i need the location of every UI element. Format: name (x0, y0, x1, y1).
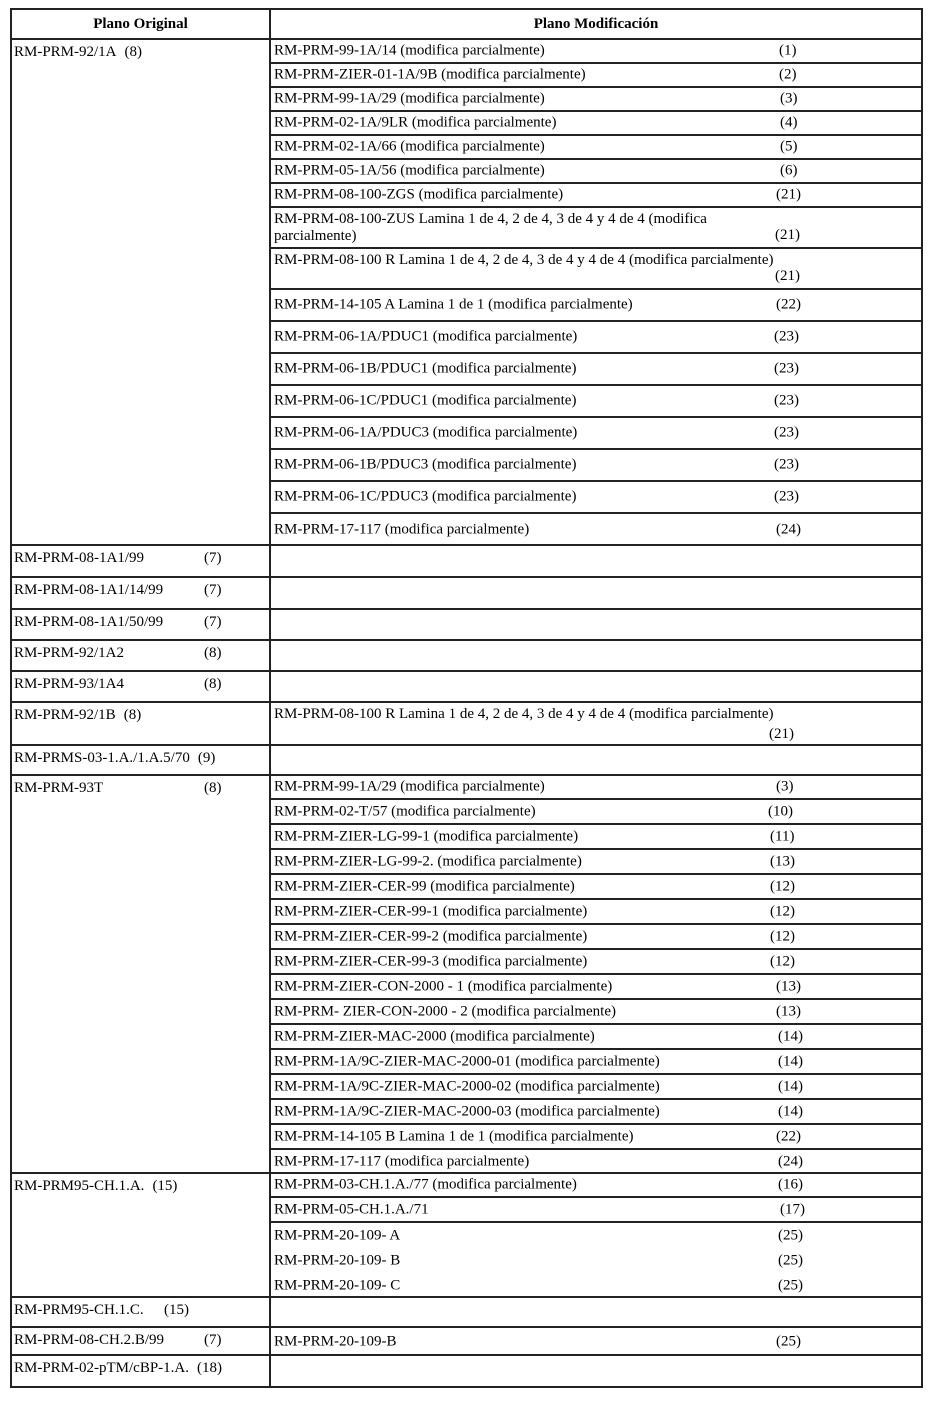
modification-plan-item: RM-PRM-08-100 R Lamina 1 de 4, 2 de 4, 3… (271, 249, 921, 290)
modification-plan-text: RM-PRM-14-105 A Lamina 1 de 1 (modifica … (274, 297, 633, 314)
modification-plans-cell: RM-PRM-03-CH.1.A./77 (modifica parcialme… (271, 1174, 921, 1296)
modification-plan-text: RM-PRM-99-1A/14 (modifica parcialmente) (274, 43, 545, 60)
modification-plan-item: RM-PRM-ZIER-LG-99-1 (modifica parcialmen… (271, 825, 921, 850)
table-row: RM-PRM-08-1A1/14/99(7) (10, 578, 923, 610)
modification-plan-ref: (5) (780, 139, 798, 156)
table-row: RM-PRM-02-pTM/cBP-1.A.(18) (10, 1356, 923, 1388)
modification-plan-ref: (12) (770, 953, 795, 970)
modification-plan-item: RM-PRM-06-1A/PDUC3 (modifica parcialment… (271, 418, 921, 450)
modification-plan-item: RM-PRM- ZIER-CON-2000 - 2 (modifica parc… (271, 1000, 921, 1025)
modification-plan-item: RM-PRM-20-109- A(25) (271, 1223, 921, 1248)
modification-plan-text: RM-PRM-ZIER-CON-2000 - 1 (modifica parci… (274, 978, 612, 995)
original-plan-ref: (8) (125, 44, 143, 60)
original-plan-ref: (8) (124, 707, 142, 723)
modification-plan-item: RM-PRM-17-117 (modifica parcialmente)(24… (271, 1150, 921, 1174)
modification-plan-text: RM-PRM-14-105 B Lamina 1 de 1 (modifica … (274, 1128, 634, 1145)
modification-plan-text: RM-PRM-06-1C/PDUC3 (modifica parcialment… (274, 489, 576, 506)
modification-plans-cell (271, 672, 921, 701)
modification-plan-item: RM-PRM-08-100 R Lamina 1 de 4, 2 de 4, 3… (271, 703, 921, 746)
modification-plan-ref: (1) (779, 43, 797, 60)
modification-plan-item: RM-PRM-02-T/57 (modifica parcialmente)(1… (271, 800, 921, 825)
modification-plan-ref: (23) (774, 329, 799, 346)
original-plan-code-text: RM-PRM-92/1B (14, 707, 116, 723)
modification-plan-ref: (14) (778, 1028, 803, 1045)
modification-plan-ref: (23) (774, 425, 799, 442)
original-plan-code-text: RM-PRMS-03-1.A./1.A.5/70 (14, 750, 190, 766)
plans-table: Plano Original Plano Modificación RM-PRM… (10, 8, 923, 1388)
modification-plan-text: RM-PRM-ZIER-CER-99 (modifica parcialment… (274, 878, 575, 895)
modification-plan-item: RM-PRM-08-100-ZGS (modifica parcialmente… (271, 184, 921, 208)
table-row: RM-PRM-93T(8)RM-PRM-99-1A/29 (modifica p… (10, 776, 923, 1174)
original-plan-code: RM-PRMS-03-1.A./1.A.5/70(9) (14, 750, 215, 767)
modification-plan-item: RM-PRM-ZIER-01-1A/9B (modifica parcialme… (271, 64, 921, 88)
original-plan-code: RM-PRM-08-1A1/50/99(7) (14, 614, 163, 631)
modification-plans-cell (271, 546, 921, 576)
modification-plan-ref: (24) (776, 522, 801, 539)
modification-plan-ref: (21) (775, 227, 800, 244)
original-plan-code: RM-PRM-92/1A2(8) (14, 645, 124, 662)
modification-plan-ref: (2) (779, 67, 797, 84)
table-row: RM-PRM-08-1A1/99(7) (10, 546, 923, 578)
original-plan-cell: RM-PRM-02-pTM/cBP-1.A.(18) (12, 1356, 271, 1386)
table-row: RM-PRM-92/1A(8)RM-PRM-99-1A/14 (modifica… (10, 40, 923, 546)
modification-plan-text: RM-PRM-1A/9C-ZIER-MAC-2000-02 (modifica … (274, 1078, 660, 1095)
original-plan-ref: (8) (204, 780, 222, 797)
table-row: RM-PRM-92/1B(8)RM-PRM-08-100 R Lamina 1 … (10, 703, 923, 746)
modification-plan-text: RM-PRM-ZIER-CER-99-3 (modifica parcialme… (274, 953, 587, 970)
original-plan-code-text: RM-PRM-92/1A (14, 44, 117, 60)
modification-plan-text: RM-PRM-08-100-ZUS Lamina 1 de 4, 2 de 4,… (274, 211, 774, 245)
modification-plan-text: RM-PRM-20-109- B (274, 1252, 400, 1269)
header-plano-modificacion: Plano Modificación (271, 10, 921, 38)
modification-plan-ref: (12) (770, 903, 795, 920)
modification-plan-ref: (23) (774, 457, 799, 474)
modification-plans-cell (271, 746, 921, 774)
original-plan-ref: (7) (204, 550, 222, 567)
modification-plan-item: RM-PRM-14-105 B Lamina 1 de 1 (modifica … (271, 1125, 921, 1150)
original-plan-code: RM-PRM-92/1A(8) (14, 44, 142, 61)
modification-plan-item: RM-PRM-20-109- C(25) (271, 1273, 921, 1298)
modification-plan-ref: (22) (776, 297, 801, 314)
original-plan-code: RM-PRM-93T(8) (14, 780, 103, 797)
modification-plan-text: RM-PRM-ZIER-LG-99-1 (modifica parcialmen… (274, 828, 578, 845)
original-plan-code-text: RM-PRM-93/1A4 (14, 676, 124, 692)
modification-plan-text: RM-PRM-02-1A/9LR (modifica parcialmente) (274, 115, 556, 132)
modification-plan-text: RM-PRM-1A/9C-ZIER-MAC-2000-03 (modifica … (274, 1103, 660, 1120)
modification-plan-text: RM-PRM-20-109- A (274, 1227, 400, 1244)
modification-plans-cell: RM-PRM-08-100 R Lamina 1 de 4, 2 de 4, 3… (271, 703, 921, 744)
modification-plan-text: RM-PRM-06-1A/PDUC1 (modifica parcialment… (274, 329, 577, 346)
modification-plan-item: RM-PRM-20-109- B(25) (271, 1248, 921, 1273)
modification-plan-ref: (12) (770, 878, 795, 895)
modification-plan-item: RM-PRM-06-1A/PDUC1 (modifica parcialment… (271, 322, 921, 354)
modification-plan-text: RM-PRM-08-100-ZGS (modifica parcialmente… (274, 187, 563, 204)
modification-plan-ref: (12) (770, 928, 795, 945)
modification-plan-item: RM-PRM-06-1B/PDUC3 (modifica parcialment… (271, 450, 921, 482)
modification-plans-cell: RM-PRM-99-1A/29 (modifica parcialmente)(… (271, 776, 921, 1172)
modification-plan-text: RM-PRM- ZIER-CON-2000 - 2 (modifica parc… (274, 1003, 616, 1020)
table-row: RM-PRM-08-1A1/50/99(7) (10, 610, 923, 641)
original-plan-ref: (7) (204, 1332, 222, 1349)
original-plan-cell: RM-PRM-93/1A4(8) (12, 672, 271, 701)
modification-plan-item: RM-PRM-05-CH.1.A./71(17) (271, 1198, 921, 1223)
original-plan-ref: (15) (152, 1178, 177, 1194)
original-plan-code-text: RM-PRM-08-1A1/99 (14, 550, 144, 566)
modification-plan-ref: (17) (780, 1201, 805, 1218)
original-plan-code-text: RM-PRM95-CH.1.C. (14, 1302, 144, 1318)
modification-plan-item: RM-PRM-02-1A/9LR (modifica parcialmente)… (271, 112, 921, 136)
modification-plan-ref: (14) (778, 1103, 803, 1120)
modification-plan-item: RM-PRM-ZIER-CON-2000 - 1 (modifica parci… (271, 975, 921, 1000)
original-plan-code-text: RM-PRM-92/1A2 (14, 645, 124, 661)
modification-plan-text: RM-PRM-20-109- C (274, 1277, 400, 1294)
modification-plan-text: RM-PRM-06-1B/PDUC1 (modifica parcialment… (274, 361, 576, 378)
modification-plan-ref: (16) (778, 1177, 803, 1194)
modification-plan-item: RM-PRM-ZIER-LG-99-2. (modifica parcialme… (271, 850, 921, 875)
modification-plan-item: RM-PRM-06-1B/PDUC1 (modifica parcialment… (271, 354, 921, 386)
modification-plans-cell: RM-PRM-20-109-B(25) (271, 1328, 921, 1354)
modification-plan-ref: (4) (780, 115, 798, 132)
original-plan-code: RM-PRM95-CH.1.A.(15) (14, 1178, 177, 1195)
table-row: RM-PRM-93/1A4(8) (10, 672, 923, 703)
modification-plan-ref: (23) (774, 393, 799, 410)
modification-plan-item: RM-PRM-99-1A/29 (modifica parcialmente)(… (271, 776, 921, 800)
table-row: RM-PRM95-CH.1.A.(15)RM-PRM-03-CH.1.A./77… (10, 1174, 923, 1298)
modification-plan-item: RM-PRM-ZIER-CER-99-2 (modifica parcialme… (271, 925, 921, 950)
modification-plan-text: RM-PRM-1A/9C-ZIER-MAC-2000-01 (modifica … (274, 1053, 660, 1070)
modification-plan-item: RM-PRM-06-1C/PDUC3 (modifica parcialment… (271, 482, 921, 514)
modification-plan-item: RM-PRM-14-105 A Lamina 1 de 1 (modifica … (271, 290, 921, 322)
modification-plan-text: RM-PRM-02-1A/66 (modifica parcialmente) (274, 139, 545, 156)
original-plan-ref: (8) (204, 676, 222, 693)
modification-plan-text: RM-PRM-03-CH.1.A./77 (modifica parcialme… (274, 1177, 577, 1194)
original-plan-ref: (18) (197, 1360, 222, 1376)
original-plan-code-text: RM-PRM95-CH.1.A. (14, 1178, 144, 1194)
modification-plan-item: RM-PRM-1A/9C-ZIER-MAC-2000-03 (modifica … (271, 1100, 921, 1125)
modification-plan-item: RM-PRM-1A/9C-ZIER-MAC-2000-02 (modifica … (271, 1075, 921, 1100)
modification-plans-cell (271, 578, 921, 608)
table-row: RM-PRM95-CH.1.C.(15) (10, 1298, 923, 1328)
header-plano-original: Plano Original (12, 10, 271, 38)
modification-plan-ref: (25) (778, 1277, 803, 1294)
original-plan-code: RM-PRM-02-pTM/cBP-1.A.(18) (14, 1360, 222, 1377)
original-plan-ref: (9) (198, 750, 216, 766)
modification-plan-ref: (13) (776, 1003, 801, 1020)
modification-plan-item: RM-PRM-ZIER-CER-99-1 (modifica parcialme… (271, 900, 921, 925)
original-plan-cell: RM-PRM95-CH.1.A.(15) (12, 1174, 271, 1296)
modification-plan-ref: (24) (778, 1154, 803, 1171)
modification-plans-cell (271, 610, 921, 639)
modification-plan-ref: (21) (776, 187, 801, 204)
modification-plans-cell: RM-PRM-99-1A/14 (modifica parcialmente)(… (271, 40, 921, 544)
modification-plan-ref: (11) (770, 828, 794, 845)
modification-plan-item: RM-PRM-05-1A/56 (modifica parcialmente)(… (271, 160, 921, 184)
original-plan-code-text: RM-PRM-02-pTM/cBP-1.A. (14, 1360, 189, 1376)
original-plan-code-text: RM-PRM-08-1A1/50/99 (14, 614, 163, 630)
modification-plan-text: RM-PRM-02-T/57 (modifica parcialmente) (274, 803, 536, 820)
modification-plan-ref: (25) (776, 1334, 801, 1351)
modification-plan-text: RM-PRM-05-CH.1.A./71 (274, 1201, 429, 1218)
modification-plan-ref: (14) (778, 1078, 803, 1095)
modification-plan-text: RM-PRM-ZIER-CER-99-2 (modifica parcialme… (274, 928, 587, 945)
original-plan-cell: RM-PRM-92/1A2(8) (12, 641, 271, 670)
modification-plan-ref: (10) (768, 803, 793, 820)
modification-plan-ref: (23) (774, 489, 799, 506)
original-plan-code-text: RM-PRM-93T (14, 780, 103, 796)
original-plan-cell: RM-PRM-08-1A1/99(7) (12, 546, 271, 576)
original-plan-cell: RM-PRM-92/1B(8) (12, 703, 271, 744)
modification-plan-item: RM-PRM-99-1A/14 (modifica parcialmente)(… (271, 40, 921, 64)
original-plan-code-text: RM-PRM-08-CH.2.B/99 (14, 1332, 164, 1348)
original-plan-ref: (8) (204, 645, 222, 662)
modification-plan-text: RM-PRM-06-1B/PDUC3 (modifica parcialment… (274, 457, 576, 474)
modification-plan-text: RM-PRM-08-100 R Lamina 1 de 4, 2 de 4, 3… (274, 706, 774, 723)
modification-plan-text: RM-PRM-99-1A/29 (modifica parcialmente) (274, 779, 545, 796)
original-plan-cell: RM-PRM-92/1A(8) (12, 40, 271, 544)
modification-plan-ref: (21) (769, 726, 794, 743)
modification-plan-text: RM-PRM-20-109-B (274, 1334, 397, 1351)
modification-plan-text: RM-PRM-ZIER-LG-99-2. (modifica parcialme… (274, 853, 582, 870)
original-plan-cell: RM-PRM-93T(8) (12, 776, 271, 1172)
original-plan-code: RM-PRM-93/1A4(8) (14, 676, 124, 693)
original-plan-cell: RM-PRMS-03-1.A./1.A.5/70(9) (12, 746, 271, 774)
modification-plan-item: RM-PRM-99-1A/29 (modifica parcialmente)(… (271, 88, 921, 112)
original-plan-code: RM-PRM95-CH.1.C.(15) (14, 1302, 144, 1319)
original-plan-ref: (7) (204, 614, 222, 631)
modification-plans-cell (271, 641, 921, 670)
original-plan-cell: RM-PRM-08-CH.2.B/99(7) (12, 1328, 271, 1354)
modification-plan-item: RM-PRM-17-117 (modifica parcialmente)(24… (271, 514, 921, 546)
modification-plan-item: RM-PRM-03-CH.1.A./77 (modifica parcialme… (271, 1174, 921, 1198)
modification-plan-item: RM-PRM-02-1A/66 (modifica parcialmente)(… (271, 136, 921, 160)
modification-plan-ref: (13) (776, 978, 801, 995)
table-row: RM-PRM-92/1A2(8) (10, 641, 923, 672)
modification-plan-text: RM-PRM-ZIER-MAC-2000 (modifica parcialme… (274, 1028, 595, 1045)
original-plan-ref: (15) (164, 1302, 189, 1319)
original-plan-ref: (7) (204, 582, 222, 599)
modification-plan-item: RM-PRM-ZIER-MAC-2000 (modifica parcialme… (271, 1025, 921, 1050)
modification-plan-text: RM-PRM-ZIER-01-1A/9B (modifica parcialme… (274, 67, 586, 84)
modification-plans-cell (271, 1356, 921, 1386)
table-header-row: Plano Original Plano Modificación (10, 8, 923, 40)
modification-plan-item: RM-PRM-20-109-B(25) (271, 1328, 921, 1356)
modification-plan-item: RM-PRM-06-1C/PDUC1 (modifica parcialment… (271, 386, 921, 418)
modification-plan-ref: (25) (778, 1227, 803, 1244)
modification-plan-item: RM-PRM-08-100-ZUS Lamina 1 de 4, 2 de 4,… (271, 208, 921, 249)
modification-plan-ref: (3) (780, 91, 798, 108)
modification-plan-text: RM-PRM-08-100 R Lamina 1 de 4, 2 de 4, 3… (274, 252, 774, 269)
modification-plan-item: RM-PRM-1A/9C-ZIER-MAC-2000-01 (modifica … (271, 1050, 921, 1075)
modification-plan-text: RM-PRM-ZIER-CER-99-1 (modifica parcialme… (274, 903, 587, 920)
original-plan-code: RM-PRM-92/1B(8) (14, 707, 141, 724)
original-plan-code: RM-PRM-08-1A1/14/99(7) (14, 582, 163, 599)
modification-plan-text: RM-PRM-06-1C/PDUC1 (modifica parcialment… (274, 393, 576, 410)
original-plan-cell: RM-PRM-08-1A1/14/99(7) (12, 578, 271, 608)
modification-plan-item: RM-PRM-ZIER-CER-99-3 (modifica parcialme… (271, 950, 921, 975)
modification-plan-ref: (25) (778, 1252, 803, 1269)
modification-plan-ref: (6) (780, 163, 798, 180)
modification-plan-text: RM-PRM-17-117 (modifica parcialmente) (274, 1154, 529, 1171)
modification-plan-ref: (23) (774, 361, 799, 378)
modification-plan-text: RM-PRM-06-1A/PDUC3 (modifica parcialment… (274, 425, 577, 442)
modification-plans-cell (271, 1298, 921, 1326)
original-plan-cell: RM-PRM-08-1A1/50/99(7) (12, 610, 271, 639)
modification-plan-text: RM-PRM-05-1A/56 (modifica parcialmente) (274, 163, 545, 180)
modification-plan-ref: (22) (776, 1128, 801, 1145)
modification-plan-ref: (14) (778, 1053, 803, 1070)
original-plan-code: RM-PRM-08-1A1/99(7) (14, 550, 144, 567)
original-plan-code-text: RM-PRM-08-1A1/14/99 (14, 582, 163, 598)
modification-plan-item: RM-PRM-ZIER-CER-99 (modifica parcialment… (271, 875, 921, 900)
modification-plan-ref: (21) (775, 268, 800, 285)
modification-plan-ref: (3) (776, 779, 794, 796)
original-plan-code: RM-PRM-08-CH.2.B/99(7) (14, 1332, 164, 1349)
table-row: RM-PRMS-03-1.A./1.A.5/70(9) (10, 746, 923, 776)
table-row: RM-PRM-08-CH.2.B/99(7)RM-PRM-20-109-B(25… (10, 1328, 923, 1356)
modification-plan-text: RM-PRM-99-1A/29 (modifica parcialmente) (274, 91, 545, 108)
modification-plan-ref: (13) (770, 853, 795, 870)
original-plan-cell: RM-PRM95-CH.1.C.(15) (12, 1298, 271, 1326)
modification-plan-text: RM-PRM-17-117 (modifica parcialmente) (274, 522, 529, 539)
